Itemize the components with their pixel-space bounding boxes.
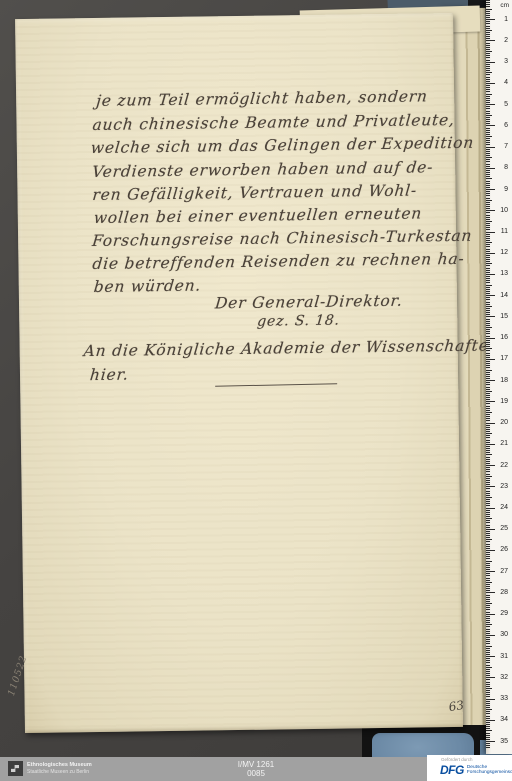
ruler-tick bbox=[486, 665, 490, 666]
ruler-tick bbox=[486, 302, 490, 303]
ruler-number: 26 bbox=[486, 546, 508, 553]
ruler-tick bbox=[486, 299, 490, 300]
ruler-number: 30 bbox=[486, 631, 508, 638]
ruler-tick bbox=[486, 68, 490, 69]
ruler-tick bbox=[486, 471, 490, 472]
ruler-tick bbox=[486, 416, 490, 417]
ruler-tick bbox=[486, 55, 490, 56]
ruler-number: 11 bbox=[486, 228, 508, 235]
ruler-tick bbox=[486, 140, 490, 141]
ruler-tick bbox=[486, 4, 490, 5]
ruler-tick bbox=[486, 200, 492, 201]
funder-name-line: Forschungsgemeinschaft bbox=[467, 770, 512, 776]
ruler-tick bbox=[486, 469, 490, 470]
ruler-tick bbox=[486, 563, 490, 564]
ruler-tick bbox=[486, 47, 490, 48]
ruler-tick bbox=[486, 289, 490, 290]
ruler-tick bbox=[486, 344, 490, 345]
ruler-number: 34 bbox=[486, 716, 508, 723]
ruler-tick bbox=[486, 174, 490, 175]
ruler-tick bbox=[486, 287, 490, 288]
ruler-tick bbox=[486, 130, 490, 131]
ruler-tick bbox=[486, 431, 490, 432]
ruler-tick bbox=[486, 225, 490, 226]
ruler-tick bbox=[486, 650, 490, 651]
ruler-number: 5 bbox=[486, 101, 508, 108]
ruler-number: 32 bbox=[486, 674, 508, 681]
ruler-tick bbox=[486, 53, 490, 54]
ruler-tick bbox=[486, 544, 490, 545]
ruler-tick bbox=[486, 278, 490, 279]
ruler-tick bbox=[486, 556, 490, 557]
ruler-tick bbox=[486, 622, 490, 623]
ruler-tick bbox=[486, 66, 490, 67]
ruler-tick bbox=[486, 0, 490, 1]
ruler-tick bbox=[486, 575, 490, 576]
ruler-number: 6 bbox=[486, 122, 508, 129]
ruler-tick bbox=[486, 669, 490, 670]
ruler-number: 31 bbox=[486, 653, 508, 660]
ruler-tick bbox=[486, 578, 490, 579]
ruler-tick bbox=[486, 13, 490, 14]
ruler-tick bbox=[486, 597, 490, 598]
ruler-tick bbox=[486, 684, 490, 685]
ruler-tick bbox=[486, 512, 490, 513]
ruler-tick bbox=[486, 561, 492, 562]
ruler-tick bbox=[486, 711, 490, 712]
handwritten-line: ren Gefälligkeit, Vertrauen und Wohl- bbox=[92, 181, 418, 204]
ruler-tick bbox=[486, 6, 490, 7]
ruler-tick bbox=[486, 172, 490, 173]
ruler-tick bbox=[486, 639, 490, 640]
ruler-tick bbox=[486, 136, 492, 137]
ruler-number: 2 bbox=[486, 37, 508, 44]
ruler-tick bbox=[486, 499, 490, 500]
ruler-tick bbox=[486, 493, 490, 494]
ruler-tick bbox=[486, 491, 490, 492]
ruler-tick bbox=[486, 178, 492, 179]
ruler-tick bbox=[486, 558, 490, 559]
ruler-tick bbox=[486, 539, 492, 540]
ruler-number: 13 bbox=[486, 270, 508, 277]
handwritten-line: wollen bei einer eventuellen erneuten bbox=[93, 204, 423, 227]
ruler-tick bbox=[486, 454, 492, 455]
ruler-tick bbox=[486, 601, 490, 602]
ruler-tick bbox=[486, 535, 490, 536]
ruler-tick bbox=[486, 387, 490, 388]
handwritten-line: auch chinesische Beamte und Privatleute, bbox=[92, 111, 456, 134]
ruler-tick bbox=[486, 331, 490, 332]
ruler-tick bbox=[486, 520, 490, 521]
ruler-tick bbox=[486, 257, 490, 258]
ruler-number: 28 bbox=[486, 589, 508, 596]
ruler-tick bbox=[486, 607, 490, 608]
ruler-tick bbox=[486, 77, 490, 78]
ruler-tick bbox=[486, 115, 492, 116]
address-line: An die Königliche Akademie der Wissensch… bbox=[83, 336, 500, 360]
ruler-tick bbox=[486, 584, 490, 585]
ruler-tick bbox=[486, 406, 490, 407]
dfg-logo: DFG bbox=[440, 763, 464, 777]
ruler-tick bbox=[486, 365, 490, 366]
ruler-tick bbox=[486, 108, 490, 109]
ruler-tick bbox=[486, 132, 490, 133]
ruler-tick bbox=[486, 410, 490, 411]
ruler-tick bbox=[486, 692, 490, 693]
ruler-tick bbox=[486, 240, 490, 241]
ruler-tick bbox=[486, 497, 492, 498]
ruler-tick bbox=[486, 370, 492, 371]
ruler-tick bbox=[486, 747, 490, 748]
ruler-tick bbox=[486, 433, 492, 434]
ruler-tick bbox=[486, 372, 490, 373]
ruler-tick bbox=[486, 215, 490, 216]
ruler-tick bbox=[486, 51, 492, 52]
ruler-tick bbox=[486, 707, 490, 708]
ruler-tick bbox=[486, 49, 490, 50]
ruler-tick bbox=[486, 662, 490, 663]
ruler-tick bbox=[486, 9, 492, 10]
ruler-tick bbox=[486, 514, 490, 515]
ruler-tick bbox=[486, 728, 490, 729]
ruler-tick bbox=[486, 603, 492, 604]
funding-note: Gefördert durch bbox=[441, 757, 473, 762]
ruler-tick bbox=[486, 480, 490, 481]
ruler-tick bbox=[486, 565, 490, 566]
ruler-tick bbox=[486, 363, 490, 364]
ruler-tick bbox=[486, 541, 490, 542]
funder-logo-box: Gefördert durch DFG Deutsche Forschungsg… bbox=[427, 755, 512, 781]
ruler-tick bbox=[486, 280, 490, 281]
ruler-tick bbox=[486, 96, 490, 97]
ruler-tick bbox=[486, 28, 490, 29]
handwritten-line: je zum Teil ermöglicht haben, sondern bbox=[95, 87, 428, 110]
ruler-tick bbox=[486, 134, 490, 135]
ruler-number: 17 bbox=[486, 355, 508, 362]
ruler-tick bbox=[486, 329, 490, 330]
ruler-tick bbox=[486, 221, 492, 222]
ruler-number: 8 bbox=[486, 164, 508, 171]
manuscript-page: je zum Teil ermöglicht haben, sondern au… bbox=[15, 13, 463, 733]
address-line: hier. bbox=[89, 366, 129, 385]
ruler-tick bbox=[486, 119, 490, 120]
ruler-tick bbox=[486, 745, 490, 746]
ruler-tick bbox=[486, 342, 490, 343]
ruler-tick bbox=[486, 501, 490, 502]
ruler-tick bbox=[486, 533, 490, 534]
ruler-tick bbox=[486, 393, 490, 394]
ruler-tick bbox=[486, 265, 490, 266]
ruler-number: 19 bbox=[486, 398, 508, 405]
ruler-tick bbox=[486, 367, 490, 368]
ruler-tick bbox=[486, 87, 490, 88]
ruler-number: 3 bbox=[486, 58, 508, 65]
ruler-tick bbox=[486, 183, 490, 184]
ruler-tick bbox=[486, 263, 492, 264]
ruler-number: 18 bbox=[486, 377, 508, 384]
ruler-tick bbox=[486, 495, 490, 496]
ruler-tick bbox=[486, 554, 490, 555]
ruler-tick bbox=[486, 518, 492, 519]
ruler-tick bbox=[486, 181, 490, 182]
ruler-tick bbox=[486, 620, 490, 621]
ruler-tick bbox=[486, 435, 490, 436]
ruler-tick bbox=[486, 325, 490, 326]
ruler-tick bbox=[486, 709, 492, 710]
ruler-tick bbox=[486, 94, 492, 95]
ruler-tick bbox=[486, 713, 490, 714]
ruler-tick bbox=[486, 448, 490, 449]
ruler-tick bbox=[486, 113, 490, 114]
ruler-tick bbox=[486, 23, 490, 24]
ruler-tick bbox=[486, 346, 490, 347]
ruler-tick bbox=[486, 599, 490, 600]
ruler-tick bbox=[486, 580, 490, 581]
ruler-number: 21 bbox=[486, 440, 508, 447]
ruler-tick bbox=[486, 70, 490, 71]
ruler-tick bbox=[486, 478, 490, 479]
ruler-tick bbox=[486, 259, 490, 260]
ruler-tick bbox=[486, 261, 490, 262]
ruler-tick bbox=[486, 408, 490, 409]
ruler-tick bbox=[486, 327, 492, 328]
ruler-tick bbox=[486, 321, 490, 322]
ruler-tick bbox=[486, 157, 492, 158]
ruler-tick bbox=[486, 395, 490, 396]
ruler-tick bbox=[486, 667, 492, 668]
ruler-tick bbox=[486, 246, 490, 247]
ruler-tick bbox=[486, 646, 492, 647]
ruler-tick bbox=[486, 32, 490, 33]
ruler-tick bbox=[486, 537, 490, 538]
ruler-tick bbox=[486, 626, 490, 627]
ruler-number: 12 bbox=[486, 249, 508, 256]
ruler-tick bbox=[486, 733, 490, 734]
folio-page-number: 63 bbox=[448, 698, 465, 714]
handwritten-line: Forschungsreise nach Chinesisch-Turkesta… bbox=[91, 227, 473, 250]
ruler-tick bbox=[486, 459, 490, 460]
ruler-tick bbox=[486, 219, 490, 220]
ruler-tick bbox=[486, 648, 490, 649]
ruler-tick bbox=[486, 310, 490, 311]
ruler-tick bbox=[486, 151, 490, 152]
ruler-tick bbox=[486, 89, 490, 90]
ruler-tick bbox=[486, 643, 490, 644]
signature-abbreviation: gez. S. 18. bbox=[257, 313, 341, 330]
ruler-tick bbox=[486, 429, 490, 430]
ruler-number: 24 bbox=[486, 504, 508, 511]
ruler-tick bbox=[486, 155, 490, 156]
ruler-tick bbox=[486, 686, 490, 687]
ruler-tick bbox=[486, 624, 492, 625]
ruler-tick bbox=[486, 204, 490, 205]
ruler-tick bbox=[486, 474, 490, 475]
measuring-ruler: cm 1234567891011121314151617181920212223… bbox=[486, 0, 512, 754]
ruler-tick bbox=[486, 690, 490, 691]
ruler-tick bbox=[486, 412, 492, 413]
ruler-tick bbox=[486, 735, 490, 736]
ruler-tick bbox=[486, 30, 492, 31]
ruler-number: 9 bbox=[486, 186, 508, 193]
ruler-number: 16 bbox=[486, 334, 508, 341]
ruler-tick bbox=[486, 384, 490, 385]
ruler-tick bbox=[486, 682, 490, 683]
ruler-tick bbox=[486, 238, 490, 239]
ruler-tick bbox=[486, 660, 490, 661]
ruler-tick bbox=[486, 671, 490, 672]
ruler-tick bbox=[486, 195, 490, 196]
ruler-tick bbox=[486, 389, 490, 390]
ruler-tick bbox=[486, 348, 492, 349]
ruler-tick bbox=[486, 353, 490, 354]
ruler-tick bbox=[486, 703, 490, 704]
ruler-number: 7 bbox=[486, 143, 508, 150]
ruler-number: 33 bbox=[486, 695, 508, 702]
ruler-tick bbox=[486, 427, 490, 428]
ruler-tick bbox=[486, 91, 490, 92]
ruler-tick bbox=[486, 306, 492, 307]
ruler-tick bbox=[486, 724, 490, 725]
ruler-tick bbox=[486, 138, 490, 139]
ruler-number: 23 bbox=[486, 483, 508, 490]
ruler-tick bbox=[486, 618, 490, 619]
ruler-number: 35 bbox=[486, 738, 508, 745]
handwritten-line: welche sich um das Gelingen der Expediti… bbox=[90, 134, 475, 157]
ruler-tick bbox=[486, 705, 490, 706]
ruler-tick bbox=[486, 153, 490, 154]
ruler-tick bbox=[486, 414, 490, 415]
ruler-tick bbox=[486, 452, 490, 453]
ruler-tick bbox=[486, 268, 490, 269]
ruler-tick bbox=[486, 730, 492, 731]
ruler-number: 1 bbox=[486, 16, 508, 23]
ruler-tick bbox=[486, 98, 490, 99]
ruler-tick bbox=[486, 74, 490, 75]
ruler-tick bbox=[486, 244, 490, 245]
ruler-tick bbox=[486, 2, 490, 3]
ruler-tick bbox=[486, 304, 490, 305]
ruler-tick bbox=[486, 236, 490, 237]
ruler-tick bbox=[486, 159, 490, 160]
ruler-tick bbox=[486, 34, 490, 35]
ruler-tick bbox=[486, 629, 490, 630]
ruler-tick bbox=[486, 605, 490, 606]
ruler-tick bbox=[486, 223, 490, 224]
ruler-tick bbox=[486, 176, 490, 177]
ruler-tick bbox=[486, 726, 490, 727]
ruler-tick bbox=[486, 374, 490, 375]
ruler-tick bbox=[486, 117, 490, 118]
ruler-number: 27 bbox=[486, 568, 508, 575]
ruler-tick bbox=[486, 522, 490, 523]
handwritten-line: ben würden. bbox=[93, 277, 202, 297]
ruler-number: 22 bbox=[486, 462, 508, 469]
ruler-tick bbox=[486, 450, 490, 451]
ruler-number: 4 bbox=[486, 79, 508, 86]
ruler-number: 10 bbox=[486, 207, 508, 214]
ruler-tick bbox=[486, 516, 490, 517]
ruler-tick bbox=[486, 586, 490, 587]
signature-title: Der General-Direktor. bbox=[214, 292, 403, 313]
ruler-tick bbox=[486, 323, 490, 324]
ruler-tick bbox=[486, 582, 492, 583]
ruler-tick bbox=[486, 45, 490, 46]
ruler-tick bbox=[486, 391, 492, 392]
ruler-tick bbox=[486, 11, 490, 12]
handwritten-divider-line bbox=[215, 383, 337, 387]
ruler-number: 25 bbox=[486, 525, 508, 532]
ruler-number: 15 bbox=[486, 313, 508, 320]
handwritten-line: die betreffenden Reisenden zu rechnen ha… bbox=[92, 250, 466, 273]
ruler-tick bbox=[486, 457, 490, 458]
ruler-tick bbox=[486, 350, 490, 351]
ruler-tick bbox=[486, 26, 490, 27]
ruler-tick bbox=[486, 688, 492, 689]
ruler-tick bbox=[486, 111, 490, 112]
ruler-number: 20 bbox=[486, 419, 508, 426]
ruler-tick bbox=[486, 437, 490, 438]
handwritten-line: Verdienste erworben haben und auf de- bbox=[91, 158, 434, 181]
ruler-tick bbox=[486, 202, 490, 203]
ruler-unit-label: cm bbox=[500, 2, 509, 9]
ruler-tick bbox=[486, 641, 490, 642]
ruler-tick bbox=[486, 308, 490, 309]
ruler-tick bbox=[486, 242, 492, 243]
ruler-tick bbox=[486, 282, 490, 283]
ruler-tick bbox=[486, 285, 492, 286]
ruler-tick bbox=[486, 476, 492, 477]
ruler-tick bbox=[486, 198, 490, 199]
ruler-number: 29 bbox=[486, 610, 508, 617]
ruler-number: 14 bbox=[486, 292, 508, 299]
ruler-tick bbox=[486, 217, 490, 218]
ruler-tick bbox=[486, 72, 492, 73]
ruler-tick bbox=[486, 161, 490, 162]
ruler-tick bbox=[486, 193, 490, 194]
archival-scan-viewport: je zum Teil ermöglicht haben, sondern au… bbox=[0, 0, 512, 781]
